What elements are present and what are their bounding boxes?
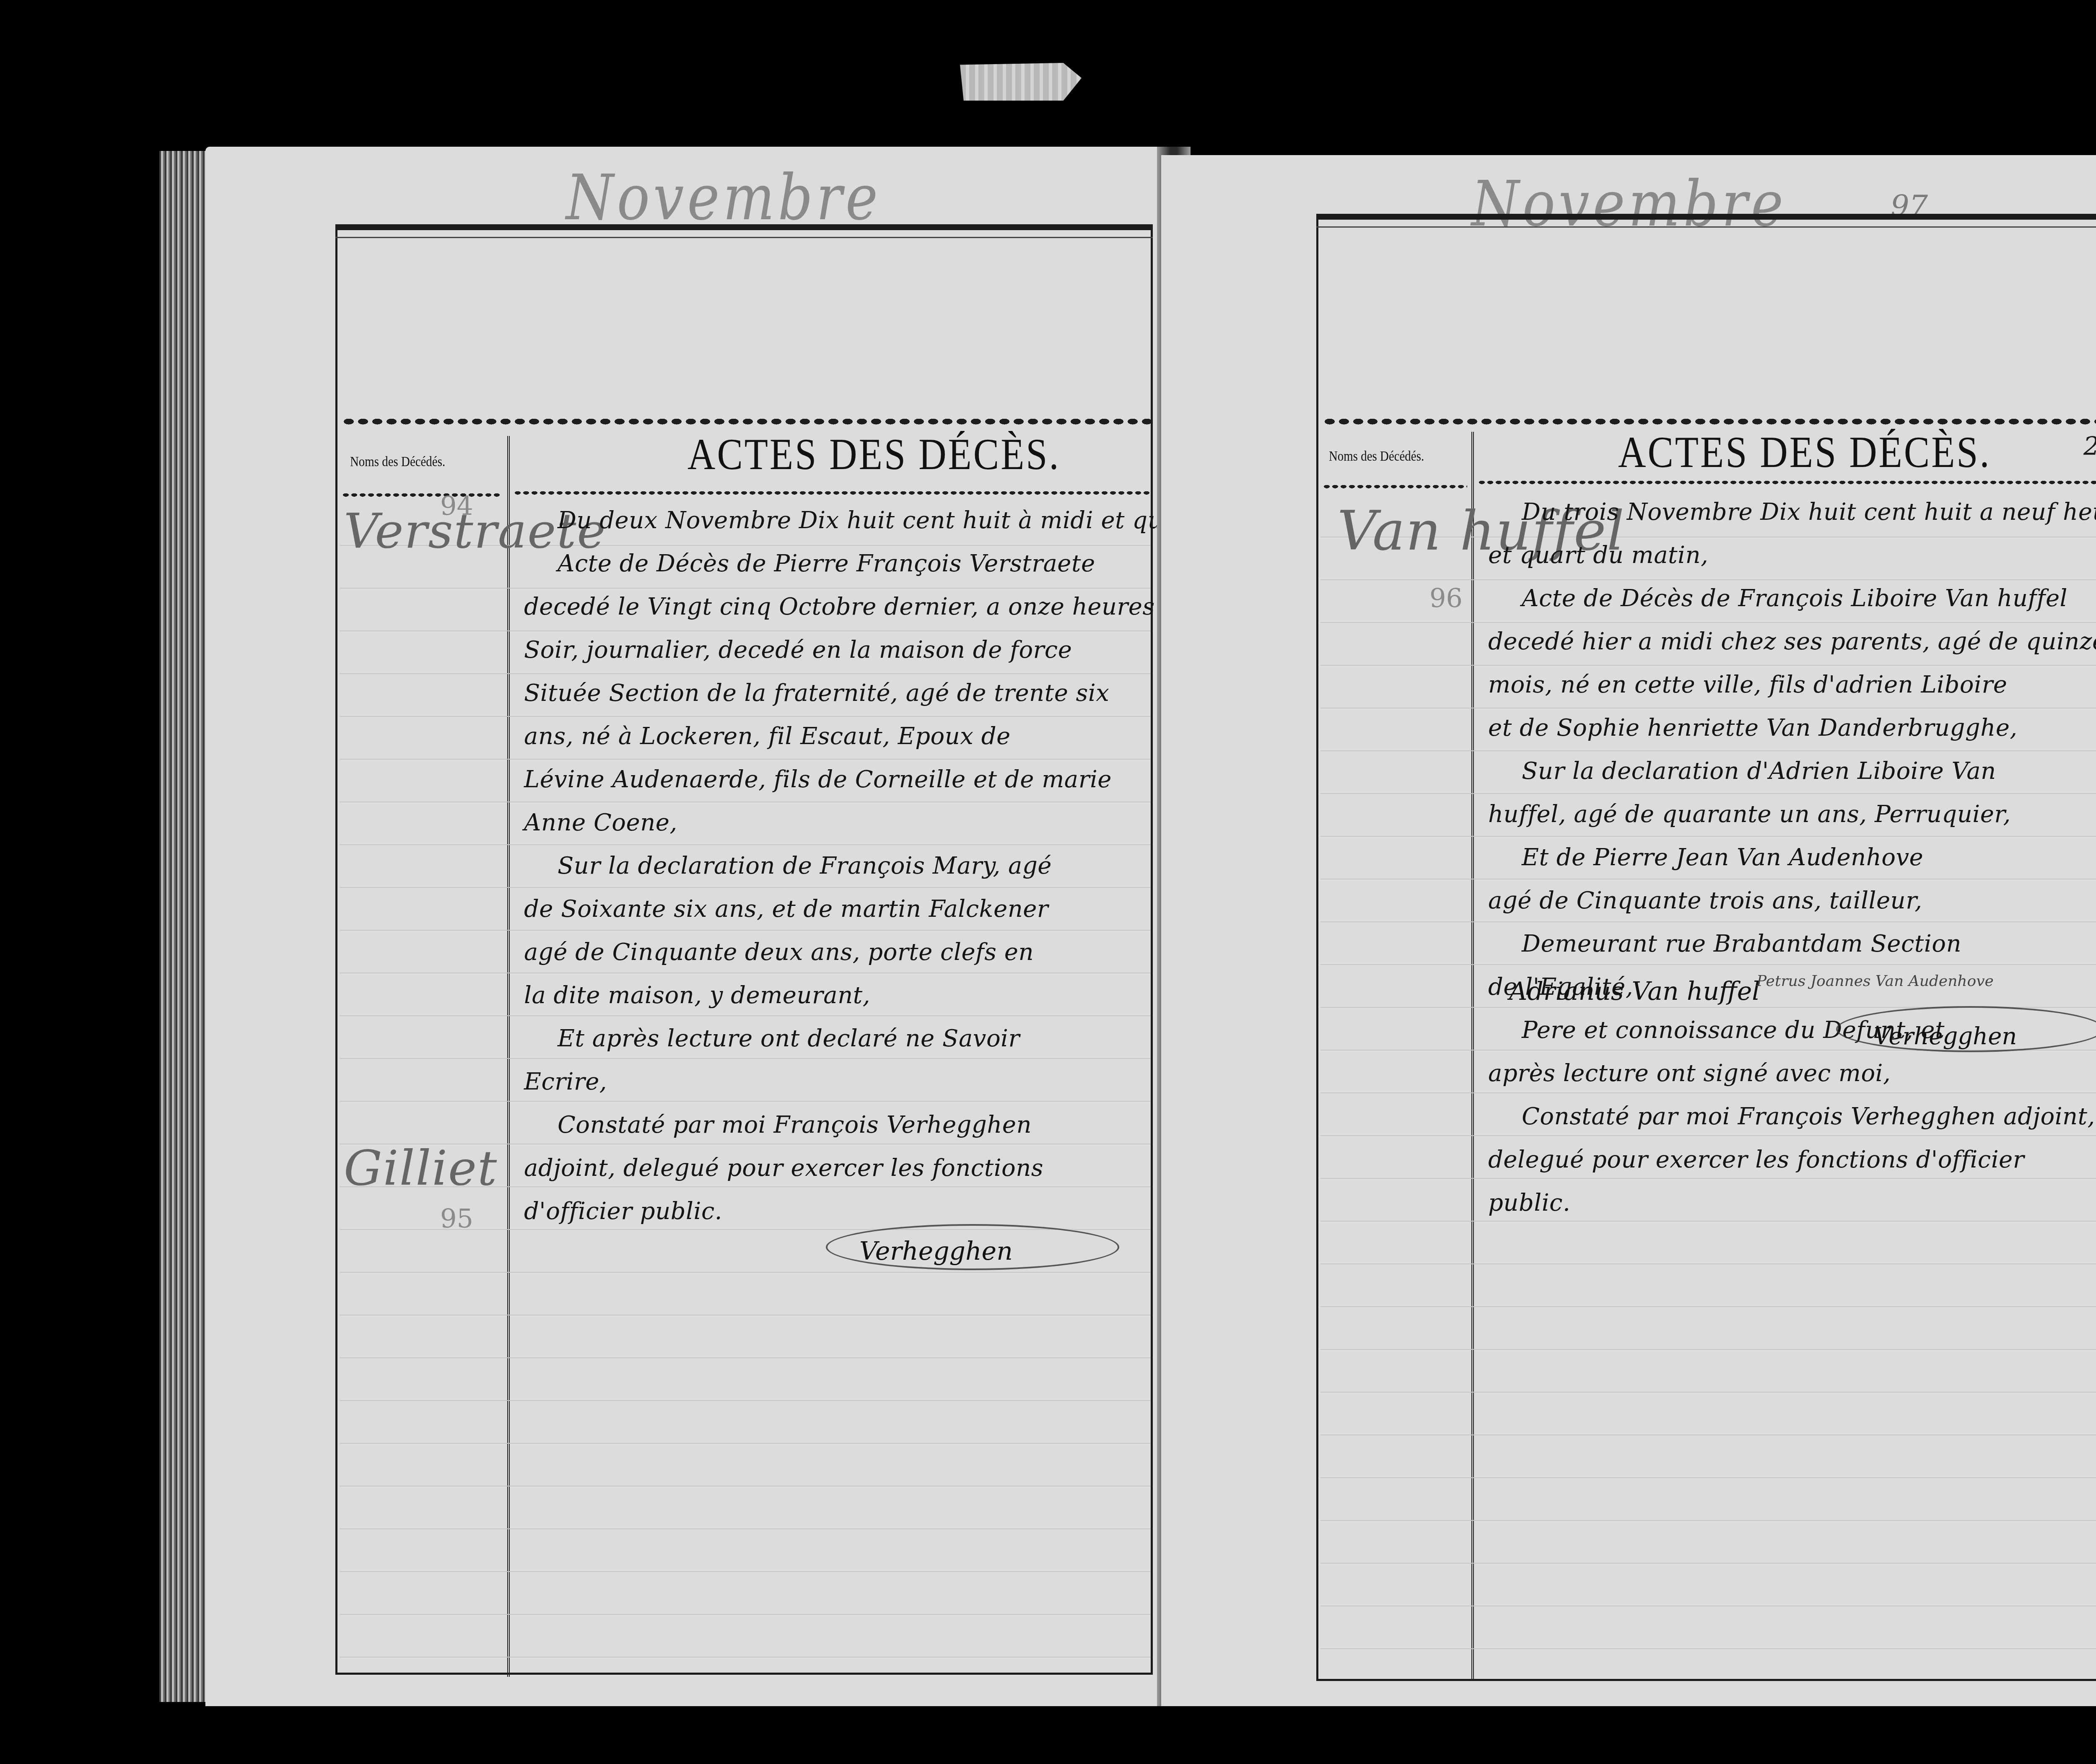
entry-line: Constaté par moi François Verhegghen adj…	[1488, 1095, 2096, 1138]
signature-flourish	[1836, 1006, 2096, 1052]
entry-line: et de Sophie henriette Van Danderbrugghe…	[1488, 706, 2096, 750]
entry-line: Et de Pierre Jean Van Audenhove	[1488, 836, 2096, 879]
entry-line: la dite maison, y demeurant,	[524, 974, 1198, 1017]
entry-line: après lecture ont signé avec moi,	[1488, 1052, 2096, 1095]
death-record-entry: Du trois Novembre Dix huit cent huit a n…	[1488, 490, 2096, 1224]
witness-signature: Petrus Joannes Van Audenhove	[1756, 973, 1994, 990]
entry-line: Acte de Décès de François Liboire Van hu…	[1488, 577, 2096, 620]
page-heading: ACTES DES DÉCÈS.	[687, 428, 1061, 480]
ornamental-rule-small	[1323, 482, 1467, 490]
entry-line: public.	[1488, 1181, 2096, 1224]
entry-line: Anne Coene,	[524, 801, 1198, 844]
left-page: Novembre Noms des Décédés. ACTES DES DÉC…	[205, 147, 1161, 1706]
entry-line: Acte de Décès de Pierre François Verstra…	[524, 542, 1198, 585]
signature-flourish	[826, 1224, 1119, 1270]
entry-line: adjoint, delegué pour exercer les foncti…	[524, 1147, 1198, 1190]
folio-number: 285	[2083, 432, 2096, 461]
entry-line: huffel, agé de quarante un ans, Perruqui…	[1488, 793, 2096, 836]
entry-number: 94	[440, 490, 473, 521]
death-record-entry: Du deux Novembre Dix huit cent huit à mi…	[524, 499, 1198, 1233]
entry-line: Située Section de la fraternité, agé de …	[524, 672, 1198, 715]
margin-name: Gilliet	[344, 1140, 498, 1196]
ornamental-rule	[342, 415, 1151, 428]
open-register-book: Novembre Noms des Décédés. ACTES DES DÉC…	[159, 138, 2096, 1723]
paper-tab	[960, 63, 1082, 101]
ornamental-rule-small	[514, 488, 1151, 497]
column-label-names: Noms des Décédés.	[1329, 449, 1424, 464]
entry-line: mois, né en cette ville, fils d'adrien L…	[1488, 663, 2096, 706]
entry-number: 95	[440, 1203, 473, 1234]
page-heading: ACTES DES DÉCÈS.	[1618, 426, 1991, 477]
right-page: Novembre 97 Noms des Décédés. ACTES DES …	[1161, 155, 2096, 1706]
entry-line: de Soixante six ans, et de martin Falcke…	[524, 887, 1198, 931]
entry-line: Constaté par moi François Verhegghen	[524, 1103, 1198, 1147]
entry-line: Soir, journalier, decedé en la maison de…	[524, 628, 1198, 672]
entry-line: Sur la declaration d'Adrien Liboire Van	[1488, 750, 2096, 793]
entry-line: decedé hier a midi chez ses parents, agé…	[1488, 620, 2096, 663]
entry-line: Ecrire,	[524, 1060, 1198, 1103]
ornamental-rule-small	[342, 490, 501, 499]
entry-line: ans, né à Lockeren, fil Escaut, Epoux de	[524, 715, 1198, 758]
ornamental-rule	[1323, 415, 2096, 428]
page-edges	[159, 151, 210, 1702]
entry-line: d'officier public.	[524, 1190, 1198, 1233]
entry-line: Demeurant rue Brabantdam Section	[1488, 922, 2096, 965]
entry-line: Du trois Novembre Dix huit cent huit a n…	[1488, 490, 2096, 534]
entry-line: agé de Cinquante trois ans, tailleur,	[1488, 879, 2096, 922]
entry-line: et quart du matin,	[1488, 534, 2096, 577]
entry-line: decedé le Vingt cinq Octobre dernier, a …	[524, 585, 1198, 628]
entry-line: Sur la declaration de François Mary, agé	[524, 844, 1198, 887]
entry-line: Et après lecture ont declaré ne Savoir	[524, 1017, 1198, 1060]
entry-line: delegué pour exercer les fonctions d'off…	[1488, 1138, 2096, 1181]
witness-signature: Adrianus Van huffel	[1509, 977, 1760, 1006]
month-heading: Novembre	[566, 161, 881, 234]
entry-line: Lévine Audenaerde, fils de Corneille et …	[524, 758, 1198, 801]
entry-line: Du deux Novembre Dix huit cent huit à mi…	[524, 499, 1198, 542]
column-label-names: Noms des Décédés.	[350, 454, 445, 470]
entry-number: 96	[1429, 583, 1463, 613]
ornamental-rule-small	[1478, 478, 2096, 486]
entry-line: agé de Cinquante deux ans, porte clefs e…	[524, 931, 1198, 974]
